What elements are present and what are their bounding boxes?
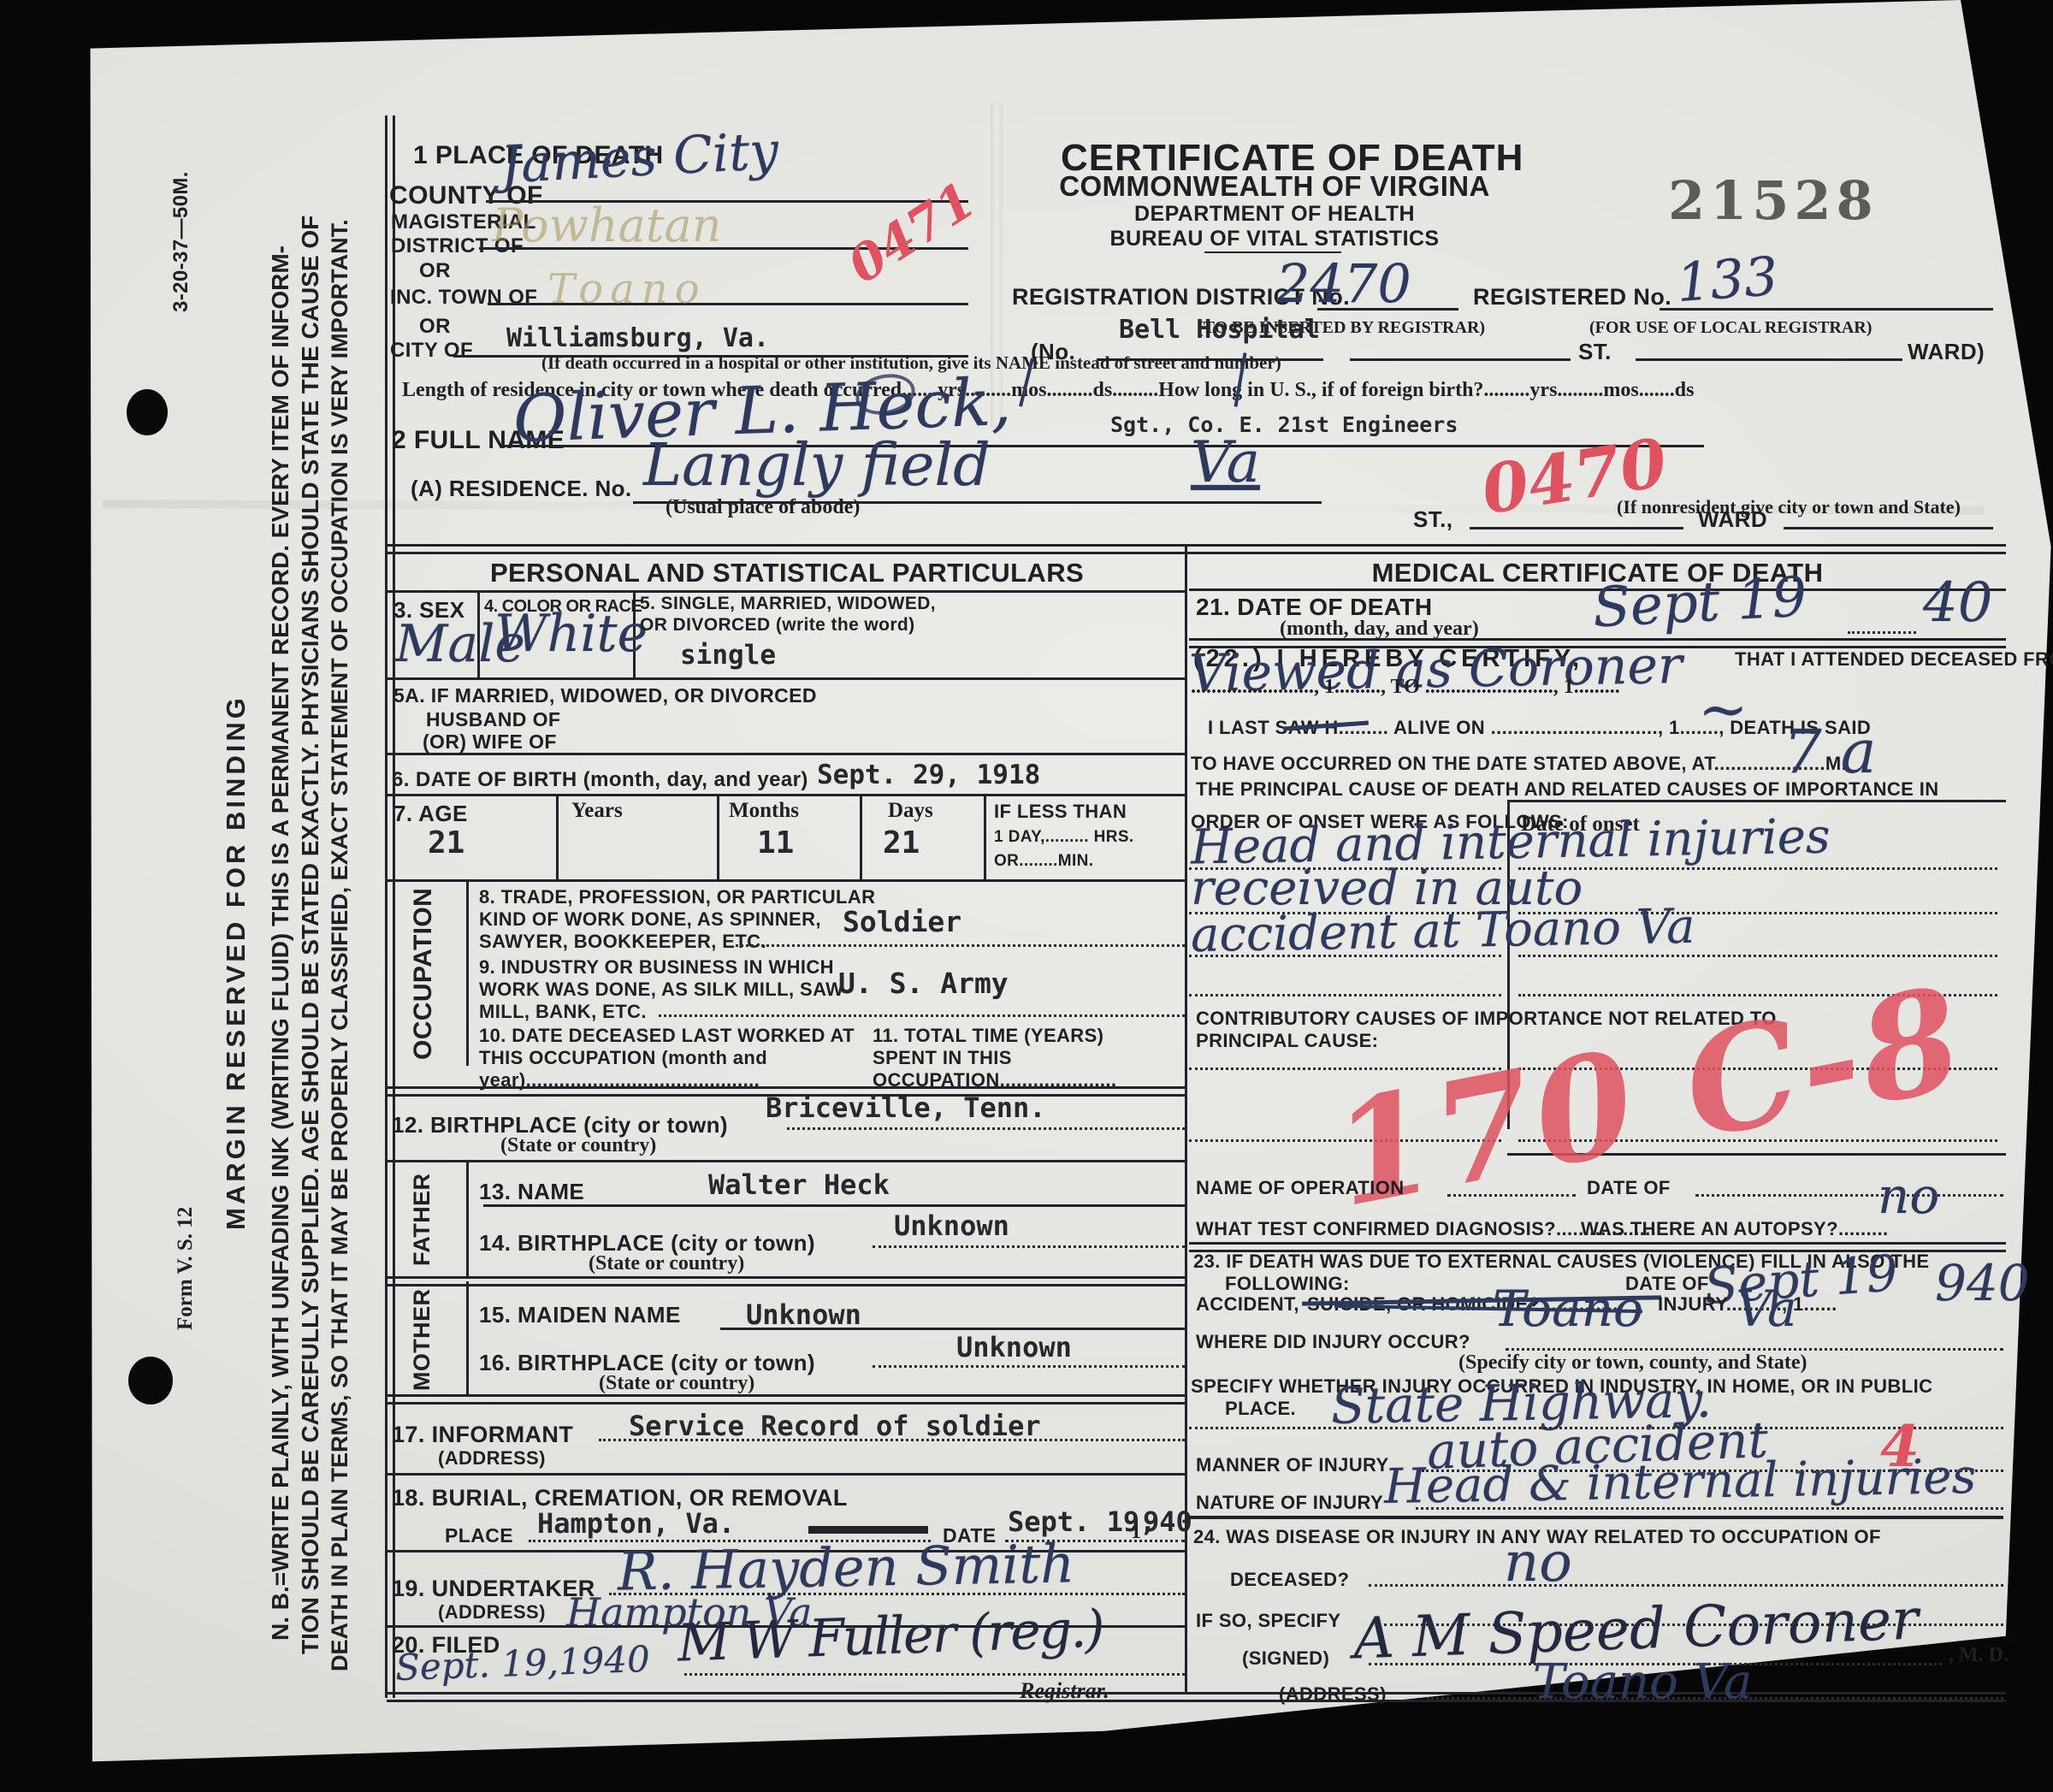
if-so-specify-label: IF SO, SPECIFY	[1196, 1610, 1340, 1632]
nonresident-note: (If nonresident give city or town and St…	[1617, 496, 1961, 518]
age-divider-2	[717, 794, 719, 879]
item14-value: Unknown	[894, 1209, 1009, 1242]
where-injury-dotted	[1506, 1348, 2003, 1351]
certificate-number-stamp: 21528	[1668, 169, 1878, 232]
father-side-label: FATHER	[409, 1163, 435, 1276]
date-of-death-value: Sept 19	[1591, 566, 1808, 641]
where-injury-label: WHERE DID INJURY OCCUR?	[1196, 1331, 1470, 1353]
item5a-rule	[387, 753, 1185, 755]
item13-value: Walter Heck	[708, 1168, 890, 1201]
mother-side-divider	[466, 1281, 469, 1396]
dob-value: Sept. 29, 1918	[817, 760, 1040, 790]
item13-label: 13. NAME	[479, 1179, 584, 1205]
item14-dotted	[873, 1245, 1185, 1248]
margin-form-number: Form V. S. 12	[174, 1219, 198, 1330]
occurred-time-value: 7 a	[1784, 717, 1877, 787]
residence-label: (A) RESIDENCE. No.	[411, 476, 632, 502]
punch-hole-top	[127, 389, 168, 435]
item16-value: Unknown	[956, 1331, 1072, 1363]
burial-place-label: PLACE	[445, 1524, 513, 1547]
manner-label: MANNER OF INJURY	[1196, 1454, 1389, 1476]
item9-value: U. S. Army	[838, 967, 1009, 1000]
abode-note: (Usual place of abode)	[666, 496, 860, 519]
item8-dotted	[736, 944, 1185, 947]
age-divider-4	[984, 794, 986, 879]
age-months-header: Months	[729, 799, 799, 823]
item12-dotted	[787, 1127, 1185, 1130]
where-injury-value: Toano Va	[1493, 1280, 1797, 1338]
margin-nb-line2: TION SHOULD BE CAREFULLY SUPPLIED. AGE S…	[297, 141, 324, 1728]
no-label: (No.	[1031, 339, 1075, 365]
st-line	[1636, 358, 1902, 361]
margin-binding-note: MARGIN RESERVED FOR BINDING	[221, 582, 251, 1343]
street-name-line	[1350, 358, 1571, 361]
mother-bottom-double-rule	[387, 1394, 1185, 1405]
registered-no-label: REGISTERED No.	[1473, 284, 1671, 310]
residence-value: Langly field	[643, 432, 991, 500]
dob-label: 6. DATE OF BIRTH (month, day, and year)	[392, 768, 808, 792]
operation-label: NAME OF OPERATION	[1196, 1177, 1405, 1199]
bureau-line: BUREAU OF VITAL STATISTICS	[1031, 227, 1518, 251]
nature-dotted	[1416, 1507, 2003, 1510]
if-less-than-label: IF LESS THAN	[994, 801, 1127, 823]
autopsy-value: no	[1878, 1167, 1939, 1225]
header-bottom-double-rule	[387, 544, 2006, 554]
filed-date-value: Sept. 19,1940	[394, 1638, 650, 1689]
magisterial-district-value: Powhatan	[492, 198, 722, 252]
autopsy-label: WAS THERE AN AUTOPSY?.........	[1581, 1218, 1889, 1240]
age-days-value: 21	[883, 825, 920, 861]
st2-label: ST.,	[1413, 506, 1452, 533]
father-bottom-double-rule	[387, 1276, 1185, 1286]
date-injury-year: 940	[1935, 1254, 2030, 1312]
full-name-typed: Sgt., Co. E. 21st Engineers	[1110, 412, 1458, 437]
age-divider-1	[556, 794, 559, 879]
onset-dotted-1	[1518, 867, 1997, 870]
city-label: CITY OF	[390, 339, 473, 363]
ward2-line	[1784, 527, 1993, 529]
address-value: Toano Va	[1533, 1654, 1752, 1710]
st-label: ST.	[1578, 339, 1612, 365]
age-years-value: 21	[428, 825, 464, 861]
item8-value: Soldier	[843, 905, 961, 938]
residence-value-state: Va	[1191, 429, 1260, 495]
margin-nb-line3: DEATH IN PLAIN TERMS, SO THAT IT MAY BE …	[327, 124, 353, 1766]
department-line: DEPARTMENT OF HEALTH	[1031, 202, 1518, 227]
address-label: (ADDRESS)	[1279, 1683, 1387, 1706]
father-side-divider	[466, 1160, 469, 1278]
registration-district-value: 2470	[1276, 252, 1411, 315]
margin-nb-line1: N. B.=WRITE PLAINLY, WITH UNFADING INK (…	[267, 124, 294, 1762]
item15-line	[720, 1328, 1185, 1330]
marital-label: 5. SINGLE, MARRIED, WIDOWED, OR DIVORCED…	[640, 594, 936, 636]
informant-rule	[387, 1473, 1185, 1476]
one-day-hrs-label: 1 DAY,......... HRS.	[994, 828, 1134, 847]
burial-date-value2: 940	[1143, 1505, 1192, 1538]
row345-rule	[387, 677, 1185, 680]
local-registrar-note: (FOR USE OF LOCAL REGISTRAR)	[1589, 318, 1872, 338]
cause-dotted-4	[1189, 994, 1501, 997]
item11-label: 11. TOTAL TIME (YEARS) SPENT IN THIS OCC…	[873, 1025, 1116, 1091]
cause-line3: accident at Toano Va	[1190, 899, 1695, 963]
form-border-left-outer	[385, 115, 388, 1698]
item5a-label: 5A. IF MARRIED, WIDOWED, OR DIVORCED	[393, 684, 817, 707]
commonwealth-subtitle: COMMONWEALTH OF VIRGINA	[1031, 170, 1518, 203]
mother-side-label: MOTHER	[409, 1283, 435, 1396]
item13-line	[483, 1204, 1185, 1207]
undertaker-label: 19. UNDERTAKER	[392, 1576, 595, 1602]
burial-place-strike	[808, 1526, 928, 1534]
operation-dotted	[1447, 1194, 1576, 1197]
item9-dotted	[659, 1014, 1185, 1017]
contributory-line2: PRINCIPAL CAUSE:	[1196, 1030, 1378, 1052]
date-of-death-year: 40	[1923, 571, 1992, 635]
certify-blank-line: ........................, 1........., TO…	[1191, 676, 1620, 699]
operation-date-dotted	[1695, 1194, 2003, 1197]
or-label-1: OR	[419, 259, 451, 283]
registered-no-value: 133	[1675, 245, 1780, 314]
date-of-death-note: (month, day, and year)	[1280, 618, 1479, 641]
item8-label: 8. TRADE, PROFESSION, OR PARTICULAR KIND…	[479, 886, 875, 953]
margin-print-code: 3-20-37—50M.	[169, 163, 193, 321]
photo-of-death-certificate: { "margin": { "print_code": "3-20-37—50M…	[0, 0, 2053, 1792]
accident-label: ACCIDENT,	[1196, 1293, 1299, 1316]
date-of-death-dotted	[1848, 631, 1916, 634]
burial-place-value: Hampton, Va.	[537, 1507, 735, 1540]
age-months-value: 11	[757, 825, 794, 861]
onset-box-top	[1507, 800, 2006, 802]
informant-value: Service Record of soldier	[629, 1410, 1041, 1442]
no-line	[1097, 358, 1323, 361]
onset-dotted-3	[1518, 955, 1997, 957]
item9-label: 9. INDUSTRY OR BUSINESS IN WHICH WORK WA…	[479, 956, 843, 1023]
certify-label2: THAT I ATTENDED DECEASED FROM	[1735, 648, 2053, 671]
or-wife-of-label: (OR) WIFE OF	[423, 730, 557, 754]
age-rule	[387, 879, 1185, 882]
occupation-side-divider	[466, 879, 469, 1066]
cause-dotted-3	[1189, 955, 1501, 957]
informant-label: 17. INFORMANT	[392, 1422, 573, 1448]
nature-label: NATURE OF INJURY	[1196, 1492, 1383, 1514]
personal-section-title: PERSONAL AND STATISTICAL PARTICULARS	[389, 558, 1185, 588]
hospital-name-value: Bell Hospital	[1119, 315, 1320, 345]
race-value: White	[494, 604, 648, 664]
st2-line	[1470, 527, 1683, 529]
informant-dotted	[599, 1439, 1185, 1441]
inc-town-value: Toano	[547, 265, 707, 313]
city-value: Williamsburg, Va.	[506, 323, 769, 353]
item15-value: Unknown	[746, 1298, 861, 1331]
filed-dotted	[684, 1673, 1185, 1676]
left-title-rule	[387, 590, 1185, 593]
principal-cause-line1: THE PRINCIPAL CAUSE OF DEATH AND RELATED…	[1196, 778, 1939, 801]
item14-note: (State or country)	[589, 1252, 744, 1275]
item15-label: 15. MAIDEN NAME	[479, 1302, 681, 1328]
undertaker-address-note: (ADDRESS)	[438, 1601, 546, 1623]
age-label: 7. AGE	[393, 801, 468, 827]
occupation-side-label: OCCUPATION	[409, 883, 438, 1064]
age-years-header: Years	[571, 799, 623, 823]
age-divider-3	[860, 794, 862, 879]
dob-rule	[387, 794, 1185, 796]
inc-town-label: INC. TOWN OF	[390, 286, 537, 310]
specify-line2: PLACE.	[1225, 1398, 1296, 1420]
punch-hole-bottom	[128, 1357, 173, 1405]
item12-value: Briceville, Tenn.	[766, 1091, 1046, 1124]
item10-label: 10. DATE DECEASED LAST WORKED AT THIS OC…	[479, 1025, 855, 1091]
item23-bottom-rule	[1189, 1516, 2003, 1519]
item12-note: (State or country)	[500, 1134, 656, 1157]
item23-line2: FOLLOWING:	[1225, 1273, 1350, 1295]
item16-dotted	[873, 1365, 1185, 1368]
informant-address-note: (ADDRESS)	[438, 1447, 546, 1470]
age-days-header: Days	[888, 799, 933, 823]
occurred-line: TO HAVE OCCURRED ON THE DATE STATED ABOV…	[1191, 753, 1847, 775]
item16-note: (State or country)	[599, 1372, 754, 1395]
birthplace-rule	[387, 1160, 1185, 1162]
or-label-2: OR	[419, 315, 451, 339]
or-min-label: OR........MIN.	[994, 852, 1093, 871]
signed-label: (SIGNED)	[1242, 1647, 1329, 1670]
marital-value: single	[680, 640, 776, 671]
md-label: , M. D.	[1949, 1644, 2009, 1667]
operation-date-label: DATE OF	[1587, 1177, 1671, 1199]
husband-of-label: HUSBAND OF	[426, 708, 560, 731]
nature-value: Head & internal injuries	[1383, 1449, 1976, 1515]
ward-label: WARD)	[1908, 339, 1985, 365]
item24-line2: DECEASED?	[1230, 1569, 1349, 1591]
